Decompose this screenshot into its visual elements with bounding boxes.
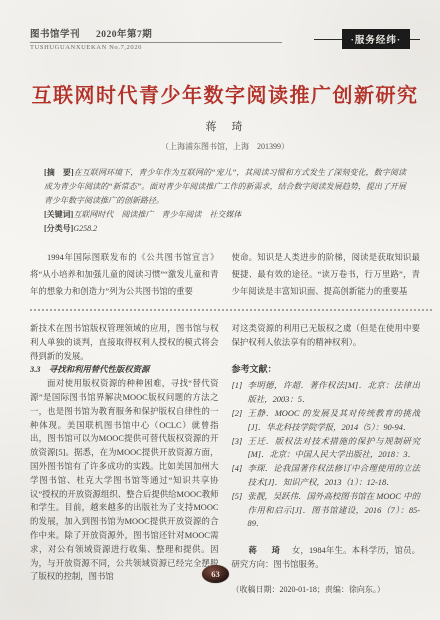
- reference-number: [5]: [232, 490, 248, 531]
- reference-text: 王静．MOOC 的发展及其对传统教育的挑战[J]．华北科技学院学报，2014（5…: [248, 407, 421, 435]
- reference-number: [2]: [232, 407, 248, 435]
- classification-text: G258.2: [73, 224, 97, 233]
- reference-item: [2]王静．MOOC 的发展及其对传统教育的挑战[J]．华北科技学院学报，201…: [232, 407, 421, 435]
- body-paragraph: 新技术在图书馆版权管理领域的应用，图书馆与权利人单独的谈判，直接取得权利人授权的…: [30, 322, 219, 363]
- abstract-text: 在互联网环境下，青少年作为互联网的“宠儿”，其阅读习惯和方式发生了深刻变化，数字…: [44, 168, 406, 205]
- reference-number: [4]: [232, 462, 248, 490]
- article-author: 蒋 琦: [30, 118, 420, 134]
- keywords-text: 互联网时代 阅读推广 青少年阅读 社交媒体: [73, 210, 241, 219]
- author-bio: 蒋 琦 女，1984年生。本科学历，馆员。研究方向：图书馆服务。: [232, 544, 421, 572]
- reference-item: [1]李明德，许超．著作权法[M]．北京：法律出版社，2003：5．: [232, 379, 421, 407]
- journal-issue: 2020年第7期: [96, 30, 152, 40]
- intro-columns: 1994年国际图联发布的《公共图书馆宣言》将“从小培养和加强儿童的阅读习惯”“激…: [30, 249, 420, 300]
- dotted-divider: [30, 309, 432, 311]
- journal-scan-page: 图书馆学刊2020年第7期 TUSHUGUANXUEKAN No.7,2020 …: [0, 0, 440, 620]
- badge-line-right: [410, 39, 420, 40]
- journal-pinyin: TUSHUGUANXUEKAN No.7,2020: [30, 44, 282, 51]
- abstract-label: [摘 要]: [44, 168, 74, 177]
- section-heading-3-3: 3.3 寻找和利用替代性版权资源: [30, 363, 219, 377]
- reference-item: [5]张靓，吴跃伟．国外高校图书馆在 MOOC 中的作用和启示[J]．图书馆建设…: [232, 490, 421, 531]
- reference-text: 张靓，吴跃伟．国外高校图书馆在 MOOC 中的作用和启示[J]．图书馆建设，20…: [248, 490, 421, 531]
- section-badge: ·服务经纬·: [342, 29, 410, 49]
- section-badge-group: ·服务经纬·: [314, 29, 420, 49]
- author-bio-name: 蒋 琦: [249, 546, 284, 555]
- classification-paragraph: [分类号]G258.2: [44, 222, 406, 236]
- body-columns: 新技术在图书馆版权管理领域的应用，图书馆与权利人单独的谈判，直接取得权利人授权的…: [30, 322, 420, 597]
- abstract-paragraph: [摘 要]在互联网环境下，青少年作为互联网的“宠儿”，其阅读习惯和方式发生了深刻…: [44, 166, 406, 208]
- references-list: [1]李明德，许超．著作权法[M]．北京：法律出版社，2003：5． [2]王静…: [232, 379, 421, 531]
- reference-number: [1]: [232, 379, 248, 407]
- journal-title-line: 图书馆学刊2020年第7期: [30, 26, 282, 40]
- body-right-column: 对这类资源的利用已无版权之虞（但是在使用中要保护权利人依法享有的精神权利）。 参…: [232, 322, 421, 597]
- article-title: 互联网时代青少年数字阅读推广创新研究: [30, 79, 420, 108]
- body-paragraph: 面对使用版权资源的种种困难，寻找“替代资源”是国际图书馆界解决MOOC版权问题的…: [30, 377, 219, 584]
- keywords-label: [关键词]: [44, 210, 73, 219]
- reference-text: 李明德，许超．著作权法[M]．北京：法律出版社，2003：5．: [248, 379, 421, 407]
- keywords-paragraph: [关键词]互联网时代 阅读推广 青少年阅读 社交媒体: [44, 208, 406, 222]
- classification-label: [分类号]: [44, 224, 73, 233]
- badge-line-left: [314, 39, 342, 40]
- journal-masthead: 图书馆学刊2020年第7期 TUSHUGUANXUEKAN No.7,2020: [30, 26, 282, 51]
- intro-left-column: 1994年国际图联发布的《公共图书馆宣言》将“从小培养和加强儿童的阅读习惯”“激…: [30, 249, 219, 300]
- reference-item: [3]王迁．版权法对技术措施的保护与规制研究[M]．北京：中国人民大学出版社，2…: [232, 435, 421, 463]
- body-paragraph: 对这类资源的利用已无版权之虞（但是在使用中要保护权利人依法享有的精神权利）。: [232, 322, 421, 350]
- page-number-badge: 63: [202, 565, 229, 583]
- reference-number: [3]: [232, 435, 248, 463]
- reference-text: 王迁．版权法对技术措施的保护与规制研究[M]．北京：中国人民大学出版社，2018…: [248, 435, 421, 463]
- references-heading: 参考文献：: [232, 363, 421, 377]
- reference-text: 李琛．论我国著作权法修订中合理使用的立法技术[J]．知识产权，2013（1）：1…: [248, 462, 421, 490]
- article-affiliation: （上海浦东图书馆，上海 201399）: [30, 141, 420, 152]
- page-header: 图书馆学刊2020年第7期 TUSHUGUANXUEKAN No.7,2020 …: [30, 26, 420, 51]
- abstract-block: [摘 要]在互联网环境下，青少年作为互联网的“宠儿”，其阅读习惯和方式发生了深刻…: [44, 166, 406, 236]
- body-left-column: 新技术在图书馆版权管理领域的应用，图书馆与权利人单独的谈判，直接取得权利人授权的…: [30, 322, 219, 597]
- journal-title: 图书馆学刊: [30, 30, 80, 40]
- intro-right-column: 使命。知识是人类进步的阶梯，阅读是获取知识最便捷、最有效的途径。“读万卷书，行万…: [232, 249, 421, 300]
- header-rule: [30, 42, 282, 43]
- received-date-line: （收稿日期：2020-01-18；责编：徐向东。）: [232, 583, 421, 597]
- reference-item: [4]李琛．论我国著作权法修订中合理使用的立法技术[J]．知识产权，2013（1…: [232, 462, 421, 490]
